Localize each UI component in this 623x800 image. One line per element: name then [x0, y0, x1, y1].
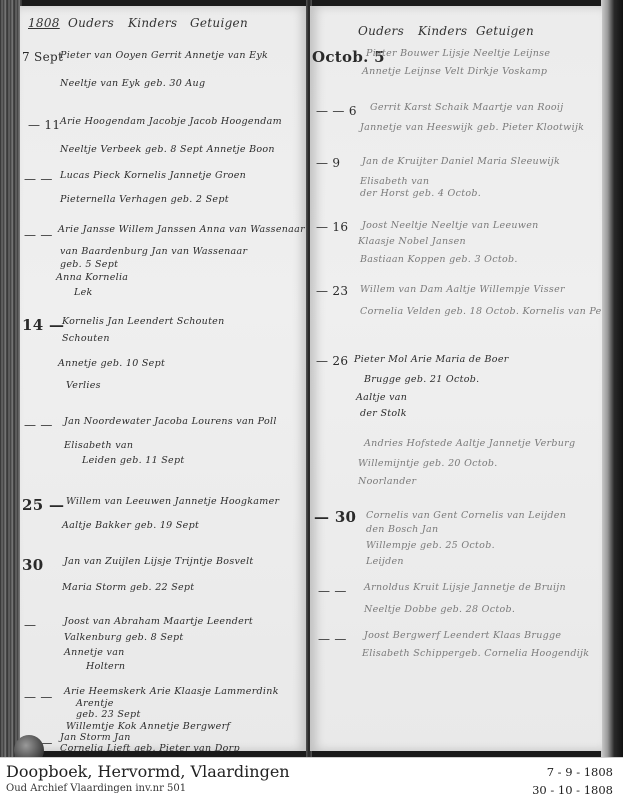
entry-line: Andries Hofstede Aaltje Jannetje Verburg — [364, 438, 575, 449]
entry-line: Elisabeth van — [360, 176, 429, 187]
entry-date: 7 Sept — [22, 50, 63, 64]
entry-line: Lek — [74, 287, 93, 298]
entry-date: — — — [24, 690, 53, 704]
entry-line: Aaltje Bakker geb. 19 Sept — [62, 520, 199, 531]
entry-line: Pieter Bouwer Lijsje Neeltje Leijnse — [366, 48, 550, 59]
caption-title: Doopboek, Hervormd, Vlaardingen — [6, 762, 290, 781]
entry-line: den Bosch Jan — [366, 524, 438, 535]
entry-line: Neeltje Verbeek geb. 8 Sept Annetje Boon — [60, 144, 275, 155]
header-kinders: Kinders — [418, 24, 467, 38]
entry-line: Schouten — [62, 333, 110, 344]
caption-date-end: 30 - 10 - 1808 — [532, 783, 613, 797]
entry-line: Anna Kornelia — [56, 272, 128, 283]
entry-line: Cornelis van Gent Cornelis van Leijden — [366, 510, 566, 521]
entry-line: geb. 23 Sept — [76, 709, 141, 720]
entry-line: Arie Hoogendam Jacobje Jacob Hoogendam — [60, 116, 282, 127]
entry-date: 14 — — [22, 316, 64, 334]
entry-line: Elisabeth Schippergeb. Cornelia Hoogendi… — [362, 648, 589, 659]
entry-line: Pieter Mol Arie Maria de Boer — [354, 354, 509, 365]
scanned-register-spread: 1808 Ouders Kinders Getuigen 7 Sept Piet… — [0, 0, 623, 757]
caption-bar: Doopboek, Hervormd, Vlaardingen Oud Arch… — [0, 757, 623, 800]
entry-line: Klaasje Nobel Jansen — [358, 236, 466, 247]
entry-line: Arentje — [76, 698, 114, 709]
entry-line: Valkenburg geb. 8 Sept — [64, 632, 184, 643]
entry-date: — 26 — [316, 354, 348, 368]
entry-line: der Stolk — [360, 408, 407, 419]
entry-date: — 16 — [316, 220, 348, 234]
entry-line: Jan van Zuijlen Lijsje Trijntje Bosvelt — [64, 556, 254, 567]
entry-line: Pieter van Ooyen Gerrit Annetje van Eyk — [60, 50, 268, 61]
entry-date: — — — [318, 632, 347, 646]
header-getuigen: Getuigen — [476, 24, 534, 38]
entry-line: der Horst geb. 4 Octob. — [360, 188, 481, 199]
entry-date: — 30 — [314, 508, 356, 526]
entry-line: Arie Jansse Willem Janssen Anna van Wass… — [58, 224, 305, 235]
entry-date: — — 6 — [316, 104, 357, 118]
entry-line: Noorlander — [358, 476, 416, 487]
right-page: Ouders Kinders Getuigen Octob. 5 Pieter … — [310, 6, 602, 751]
entry-date: — 23 — [316, 284, 348, 298]
entry-line: Willempje geb. 25 Octob. — [366, 540, 495, 551]
entry-line: Jan de Kruijter Daniel Maria Sleeuwijk — [362, 156, 560, 167]
entry-line: Willemijntje geb. 20 Octob. — [358, 458, 498, 469]
caption-date-start: 7 - 9 - 1808 — [547, 765, 613, 779]
entry-line: Cornelia Velden geb. 18 Octob. Kornelis … — [360, 306, 602, 317]
entry-line: Joost Bergwerf Leendert Klaas Brugge — [364, 630, 561, 641]
entry-date: — 11 — [28, 118, 60, 132]
book-edge-right — [601, 0, 623, 757]
entry-line: van Baardenburg Jan van Wassenaar — [60, 246, 247, 257]
entry-line: Bastiaan Koppen geb. 3 Octob. — [360, 254, 518, 265]
left-page: 1808 Ouders Kinders Getuigen 7 Sept Piet… — [20, 6, 308, 751]
entry-line: Jan Noordewater Jacoba Lourens van Poll — [64, 416, 277, 427]
entry-line: Brugge geb. 21 Octob. — [364, 374, 479, 385]
entry-date: 25 — — [22, 496, 64, 514]
entry-line: Neeltje van Eyk geb. 30 Aug — [60, 78, 205, 89]
entry-line: Lucas Pieck Kornelis Jannetje Groen — [60, 170, 246, 181]
entry-line: Willem van Dam Aaltje Willempje Visser — [360, 284, 565, 295]
entry-line: Verlies — [66, 380, 101, 391]
entry-line: Aaltje van — [356, 392, 407, 403]
entry-line: Leiden geb. 11 Sept — [82, 455, 184, 466]
entry-line: Maria Storm geb. 22 Sept — [62, 582, 194, 593]
entry-line: Willemtje Kok Annetje Bergwerf — [66, 721, 230, 732]
entry-line: Willem van Leeuwen Jannetje Hoogkamer — [66, 496, 279, 507]
entry-line: geb. 5 Sept — [60, 259, 118, 270]
entry-line: Gerrit Karst Schaik Maartje van Rooij — [370, 102, 563, 113]
entry-date: — 9 — [316, 156, 340, 170]
entry-line: Elisabeth van — [64, 440, 133, 451]
entry-line: Jannetje van Heeswijk geb. Pieter Klootw… — [360, 122, 584, 133]
entry-line: Pieternella Verhagen geb. 2 Sept — [60, 194, 229, 205]
entry-line: Annetje Leijnse Velt Dirkje Voskamp — [362, 66, 547, 77]
entry-line: Kornelis Jan Leendert Schouten — [62, 316, 225, 327]
header-ouders: Ouders — [358, 24, 404, 38]
entry-date: — — — [24, 228, 53, 242]
entry-date: — — — [24, 418, 53, 432]
entry-line: Annetje geb. 10 Sept — [58, 358, 165, 369]
caption-subtitle: Oud Archief Vlaardingen inv.nr 501 — [6, 783, 186, 794]
entry-date: — — — [318, 584, 347, 598]
header-ouders: Ouders — [68, 16, 114, 30]
entry-line: Joost Neeltje Neeltje van Leeuwen — [362, 220, 539, 231]
entry-date: — — — [24, 172, 53, 186]
entry-line: Joost van Abraham Maartje Leendert — [64, 616, 253, 627]
entry-line: Arnoldus Kruit Lijsje Jannetje de Bruijn — [364, 582, 566, 593]
entry-line: Jan Storm Jan — [60, 732, 131, 743]
entry-date: — — [24, 618, 36, 632]
book-edge-left — [0, 0, 22, 757]
thumb-holding-page — [14, 735, 44, 757]
header-getuigen: Getuigen — [190, 16, 248, 30]
entry-line: Cornelia Lieft geb. Pieter van Dorp — [60, 743, 240, 751]
header-year: 1808 — [28, 16, 60, 30]
entry-line: Holtern — [86, 661, 125, 672]
entry-line: Neeltje Dobbe geb. 28 Octob. — [364, 604, 515, 615]
entry-date: 30 — [22, 556, 43, 574]
entry-line: Leijden — [366, 556, 404, 567]
entry-line: Arie Heemskerk Arie Klaasje Lammerdink — [64, 686, 279, 697]
header-kinders: Kinders — [128, 16, 177, 30]
entry-line: Annetje van — [64, 647, 125, 658]
